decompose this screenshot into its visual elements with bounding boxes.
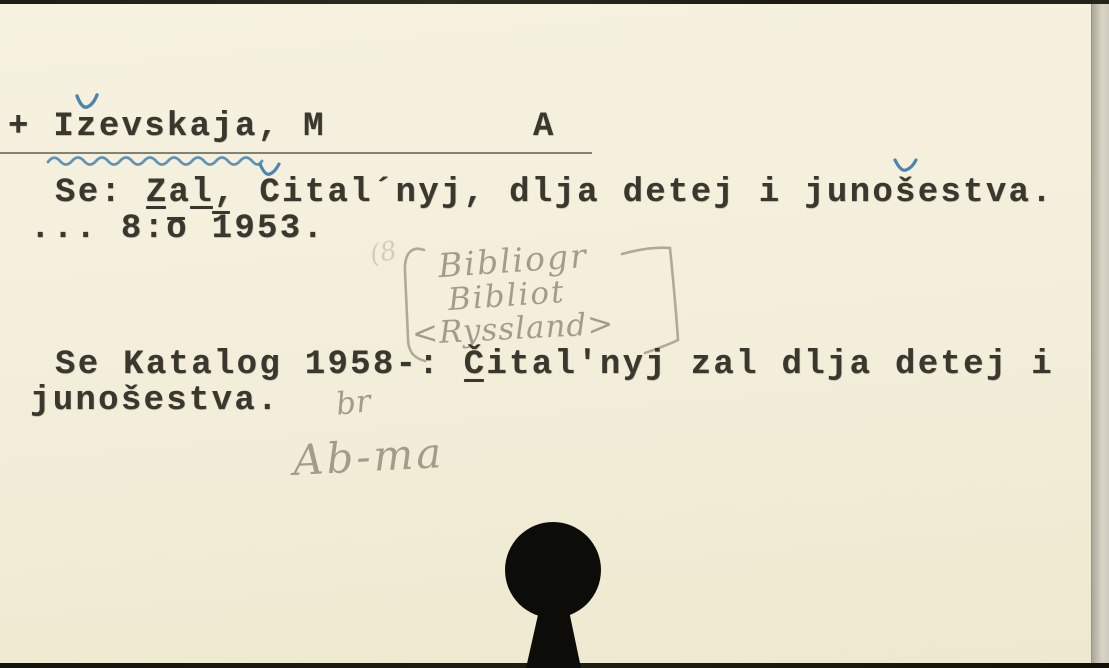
underline-mark	[146, 206, 166, 209]
pencil-note-abma: Ab-ma	[292, 432, 445, 482]
card-right-edge	[1091, 0, 1109, 668]
pencil-note: Bibliogr	[437, 239, 589, 282]
catalog-card: + Izevskaja, M A Se: Zal, Cital´nyj, dlj…	[0, 0, 1109, 668]
heading-entry: + Izevskaja, M	[8, 110, 326, 144]
overline-mark	[167, 217, 185, 220]
blue-wavy-underline	[46, 152, 266, 172]
blue-caron-icon	[893, 158, 919, 174]
underline-mark	[190, 206, 213, 209]
katalog-line-2: junošestva.	[30, 384, 280, 418]
pencil-note-br: br	[334, 386, 372, 420]
blue-caron-icon	[74, 93, 100, 111]
katalog-line-1: Se Katalog 1958-: Čital'nyj zal dlja det…	[55, 348, 1054, 382]
keyhole-punch-hole	[495, 520, 620, 668]
filing-letter: A	[533, 110, 556, 144]
underline-mark	[464, 379, 484, 382]
overline-mark	[212, 211, 230, 214]
card-top-edge	[0, 0, 1109, 4]
see-reference-line-1: Se: Zal, Cital´nyj, dlja detej i junošes…	[55, 176, 1054, 210]
